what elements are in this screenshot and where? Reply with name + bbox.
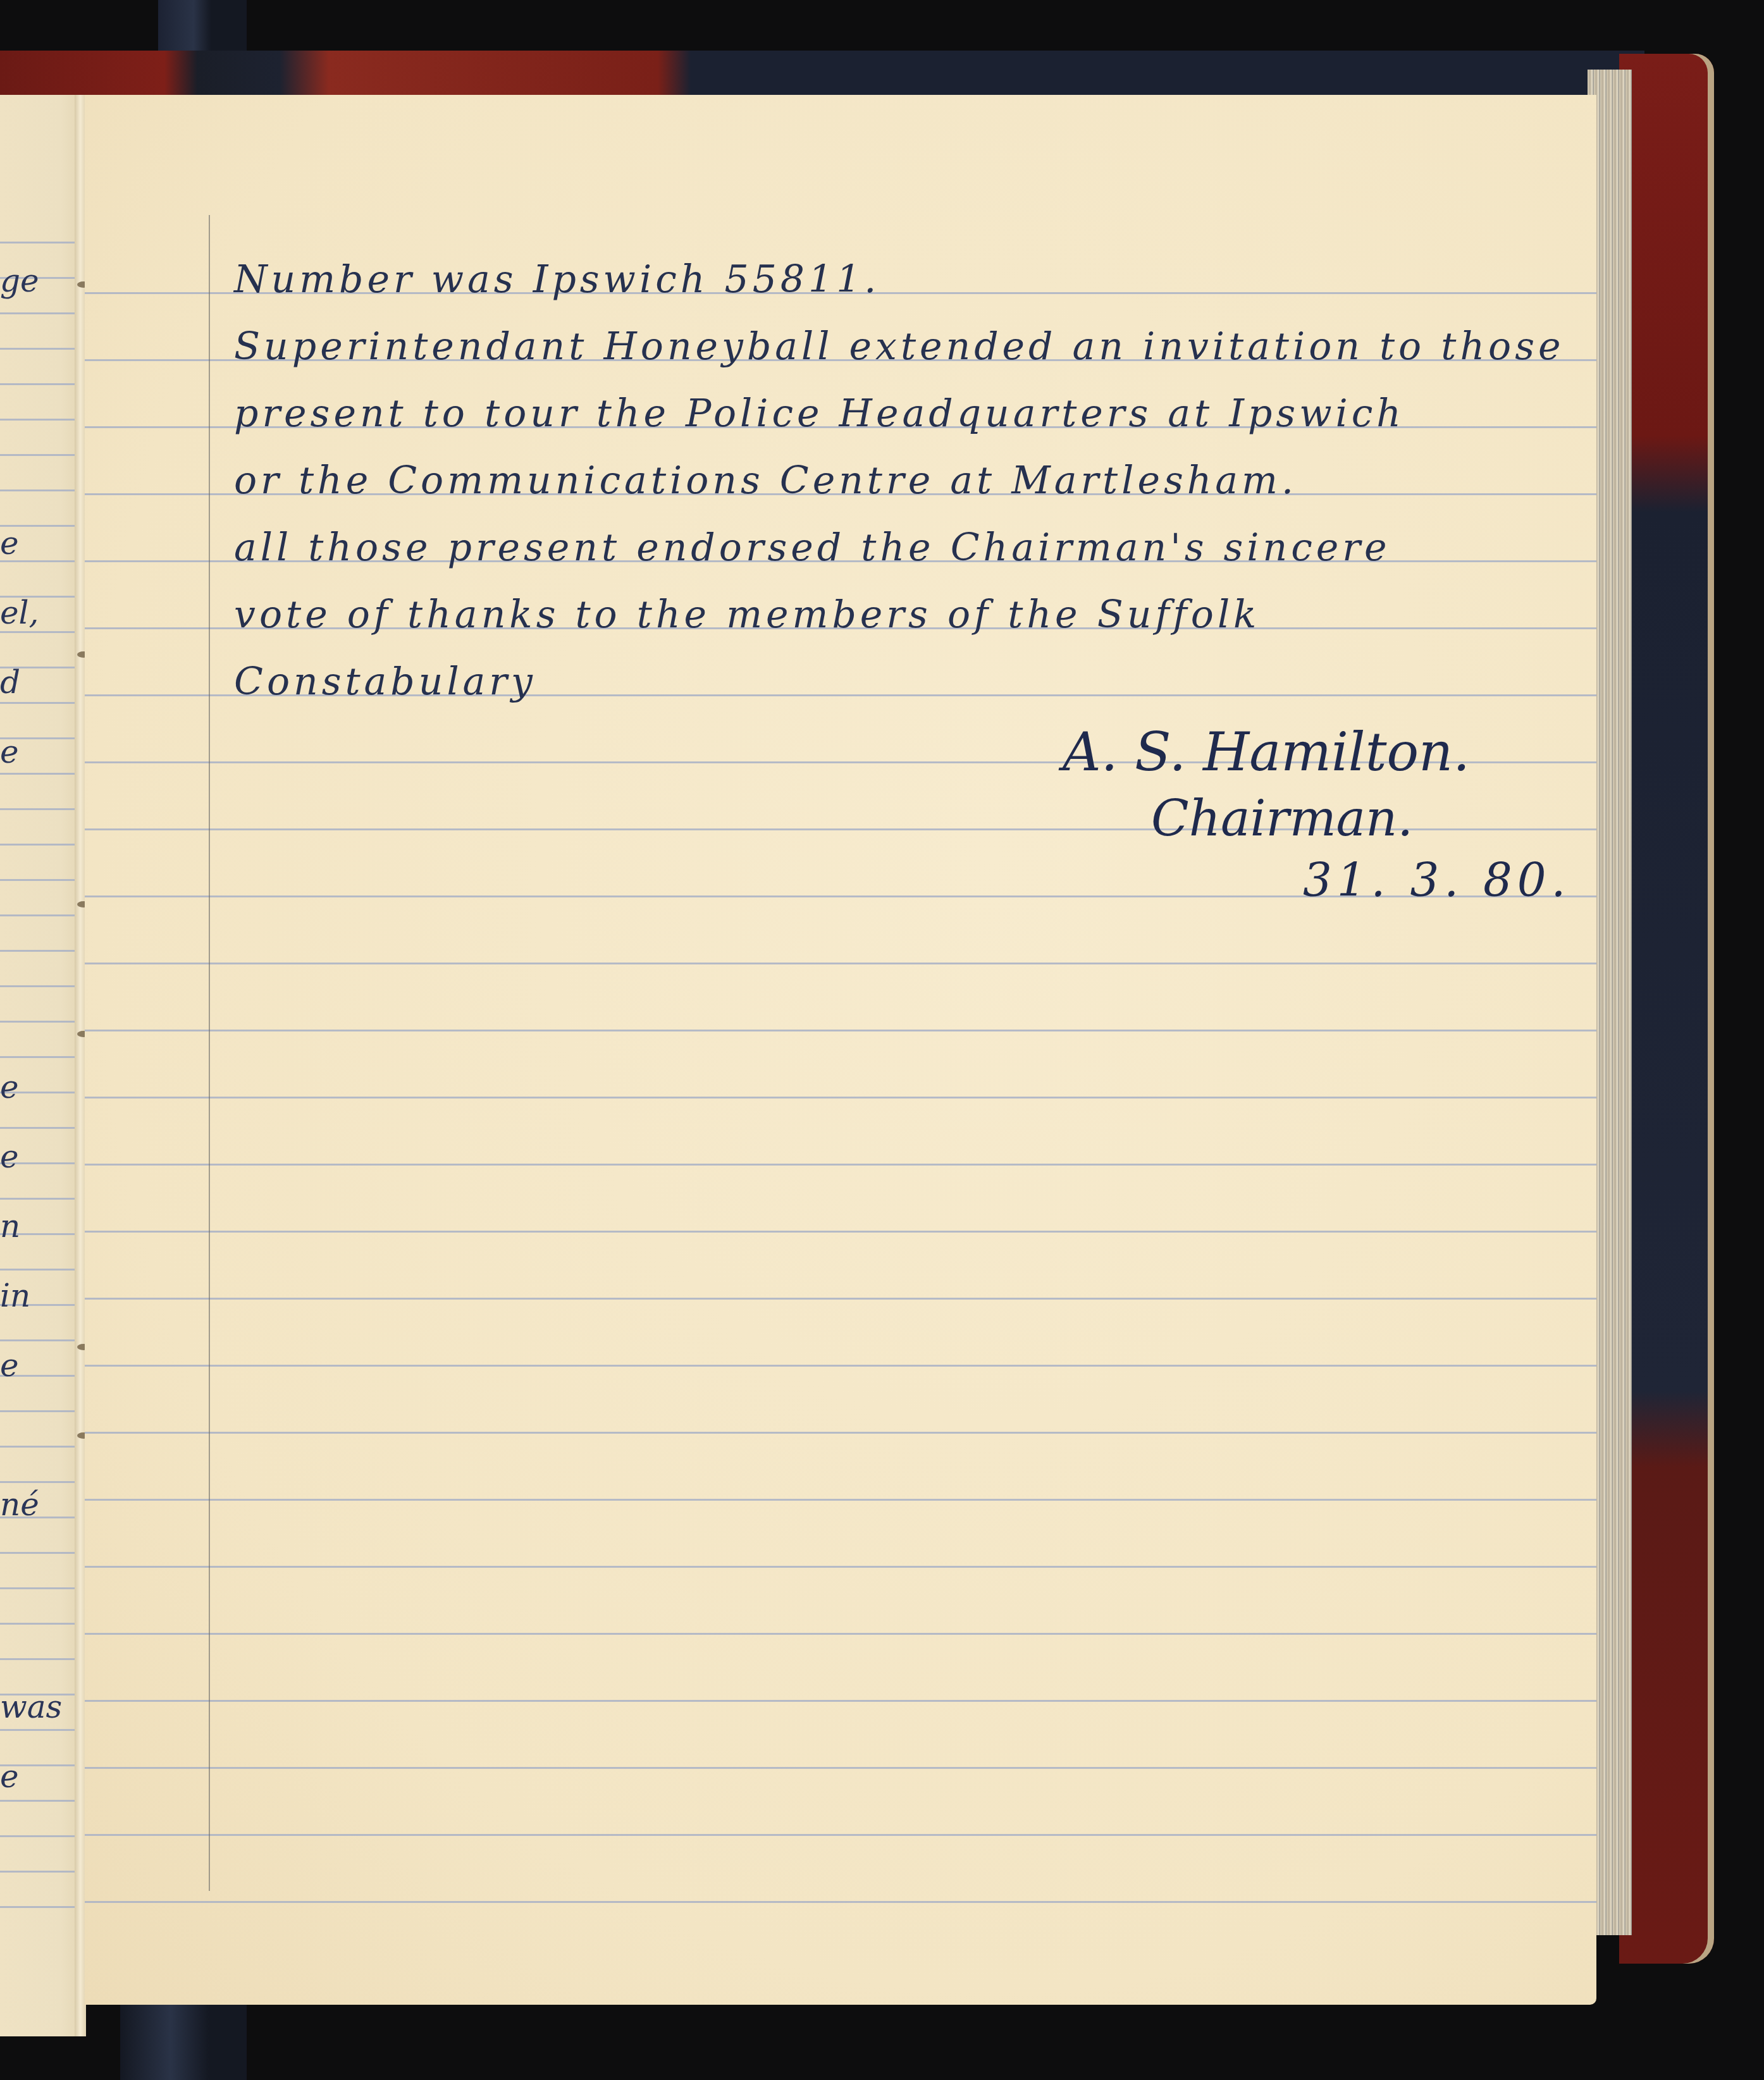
ruled-line — [85, 1633, 1596, 1635]
ruled-line — [85, 1901, 1596, 1903]
ruled-line — [85, 963, 1596, 964]
signature-name: A. S. Hamilton. — [1063, 721, 1470, 783]
ruled-line — [0, 879, 76, 881]
ruled-line — [0, 702, 76, 704]
ruled-line — [0, 914, 76, 916]
ruled-line — [85, 1298, 1596, 1300]
ruled-line — [85, 1432, 1596, 1434]
ruled-line — [0, 1835, 76, 1837]
ruled-line — [85, 1164, 1596, 1166]
ruled-line — [0, 348, 76, 350]
ruled-line — [85, 1834, 1596, 1836]
ruled-line — [0, 419, 76, 421]
ruled-line — [0, 808, 76, 810]
ruled-line — [0, 1623, 76, 1625]
ruled-line — [0, 1446, 76, 1448]
ruled-line — [85, 1767, 1596, 1769]
ruled-line — [0, 1269, 76, 1271]
right-page — [85, 95, 1596, 2005]
entry-line-5: all those present endorsed the Chairman'… — [234, 529, 1390, 567]
entry-line-4: or the Communications Centre at Martlesh… — [234, 462, 1297, 500]
ruled-line — [0, 1729, 76, 1731]
ruled-line — [0, 312, 76, 314]
margin-fragment: e — [0, 525, 19, 562]
margin-fragment: el, — [0, 594, 39, 631]
ruled-line — [85, 1700, 1596, 1702]
ruled-line — [0, 631, 76, 633]
ruled-line — [0, 242, 76, 243]
ruled-line — [85, 1365, 1596, 1367]
ruled-line — [0, 773, 76, 775]
ruled-line — [0, 950, 76, 952]
ruled-line — [0, 1127, 76, 1129]
signature-date: 31. 3. 80. — [1303, 854, 1570, 907]
margin-fragment: was — [0, 1689, 62, 1725]
margin-fragment: né — [0, 1486, 39, 1523]
ruled-line — [0, 1800, 76, 1802]
ruled-line — [0, 1481, 76, 1483]
ruled-line — [85, 1030, 1596, 1031]
book-cover-right-edge — [1619, 54, 1714, 1964]
ruled-line — [0, 1906, 76, 1908]
entry-line-2: Superintendant Honeyball extended an inv… — [234, 328, 1564, 366]
margin-fragment: in — [0, 1277, 30, 1314]
ruled-line — [85, 1499, 1596, 1501]
margin-fragment: n — [0, 1208, 20, 1245]
ruled-line — [0, 1552, 76, 1554]
ruled-line — [85, 1231, 1596, 1233]
page-margin-line — [209, 215, 210, 1891]
ruled-line — [0, 985, 76, 987]
ruled-line — [0, 1871, 76, 1873]
margin-fragment: e — [0, 1069, 19, 1105]
ruled-line — [0, 844, 76, 846]
entry-line-7: Constabulary — [234, 663, 536, 701]
ruled-line — [0, 383, 76, 385]
entry-line-1: Number was Ipswich 55811. — [234, 261, 880, 298]
ruled-line — [0, 489, 76, 491]
entry-line-6: vote of thanks to the members of the Suf… — [234, 596, 1260, 634]
book-cover-top-edge — [0, 51, 1644, 95]
ruled-line — [0, 1410, 76, 1412]
entry-line-3: present to tour the Police Headquarters … — [234, 395, 1405, 433]
ruled-line — [0, 1658, 76, 1660]
signature-title: Chairman. — [1151, 791, 1413, 847]
ruled-line — [0, 1339, 76, 1341]
margin-fragment: e — [0, 734, 19, 770]
margin-fragment: e — [0, 1758, 19, 1795]
margin-fragment: d — [0, 664, 20, 701]
ruled-line — [0, 1056, 76, 1058]
margin-fragment: e — [0, 1138, 19, 1175]
ruled-line — [85, 1097, 1596, 1098]
ruled-line — [0, 454, 76, 456]
left-page: ge e el, d e e e n in e né was e — [0, 95, 76, 2036]
margin-fragment: e — [0, 1347, 19, 1384]
spine-strap-bottom — [120, 1992, 247, 2080]
ruled-line — [0, 1021, 76, 1023]
ruled-line — [0, 1198, 76, 1200]
ruled-line — [85, 1566, 1596, 1568]
margin-fragment: ge — [0, 262, 39, 299]
ruled-line — [0, 1587, 76, 1589]
